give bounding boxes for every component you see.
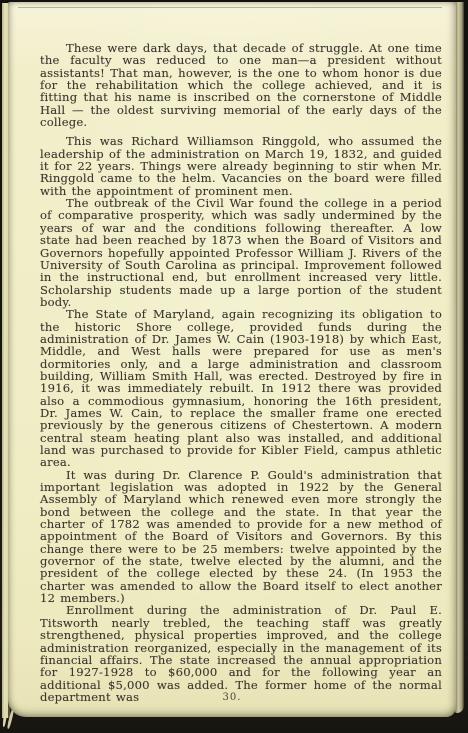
paragraph-dark-days: These were dark days, that decade of str…: [40, 42, 442, 128]
paragraph-civil-war: The outbreak of the Civil War found the …: [40, 197, 442, 308]
paragraph-ringgold: This was Richard Williamson Ringgold, wh…: [40, 135, 442, 197]
page-text-block: These were dark days, that decade of str…: [40, 42, 442, 703]
page-number: 30.: [8, 692, 456, 703]
page-top-edge-line: [18, 7, 442, 8]
page-turning-edge-right: [455, 2, 464, 713]
book-scan: These were dark days, that decade of str…: [0, 0, 468, 733]
paragraph-titsworth: Enrollment during the administration of …: [40, 604, 442, 703]
paragraph-gould-administration: It was during Dr. Clarence P. Gould's ad…: [40, 469, 442, 605]
paragraph-state-of-maryland: The State of Maryland, again recognizing…: [40, 308, 442, 468]
book-page: These were dark days, that decade of str…: [8, 2, 456, 717]
